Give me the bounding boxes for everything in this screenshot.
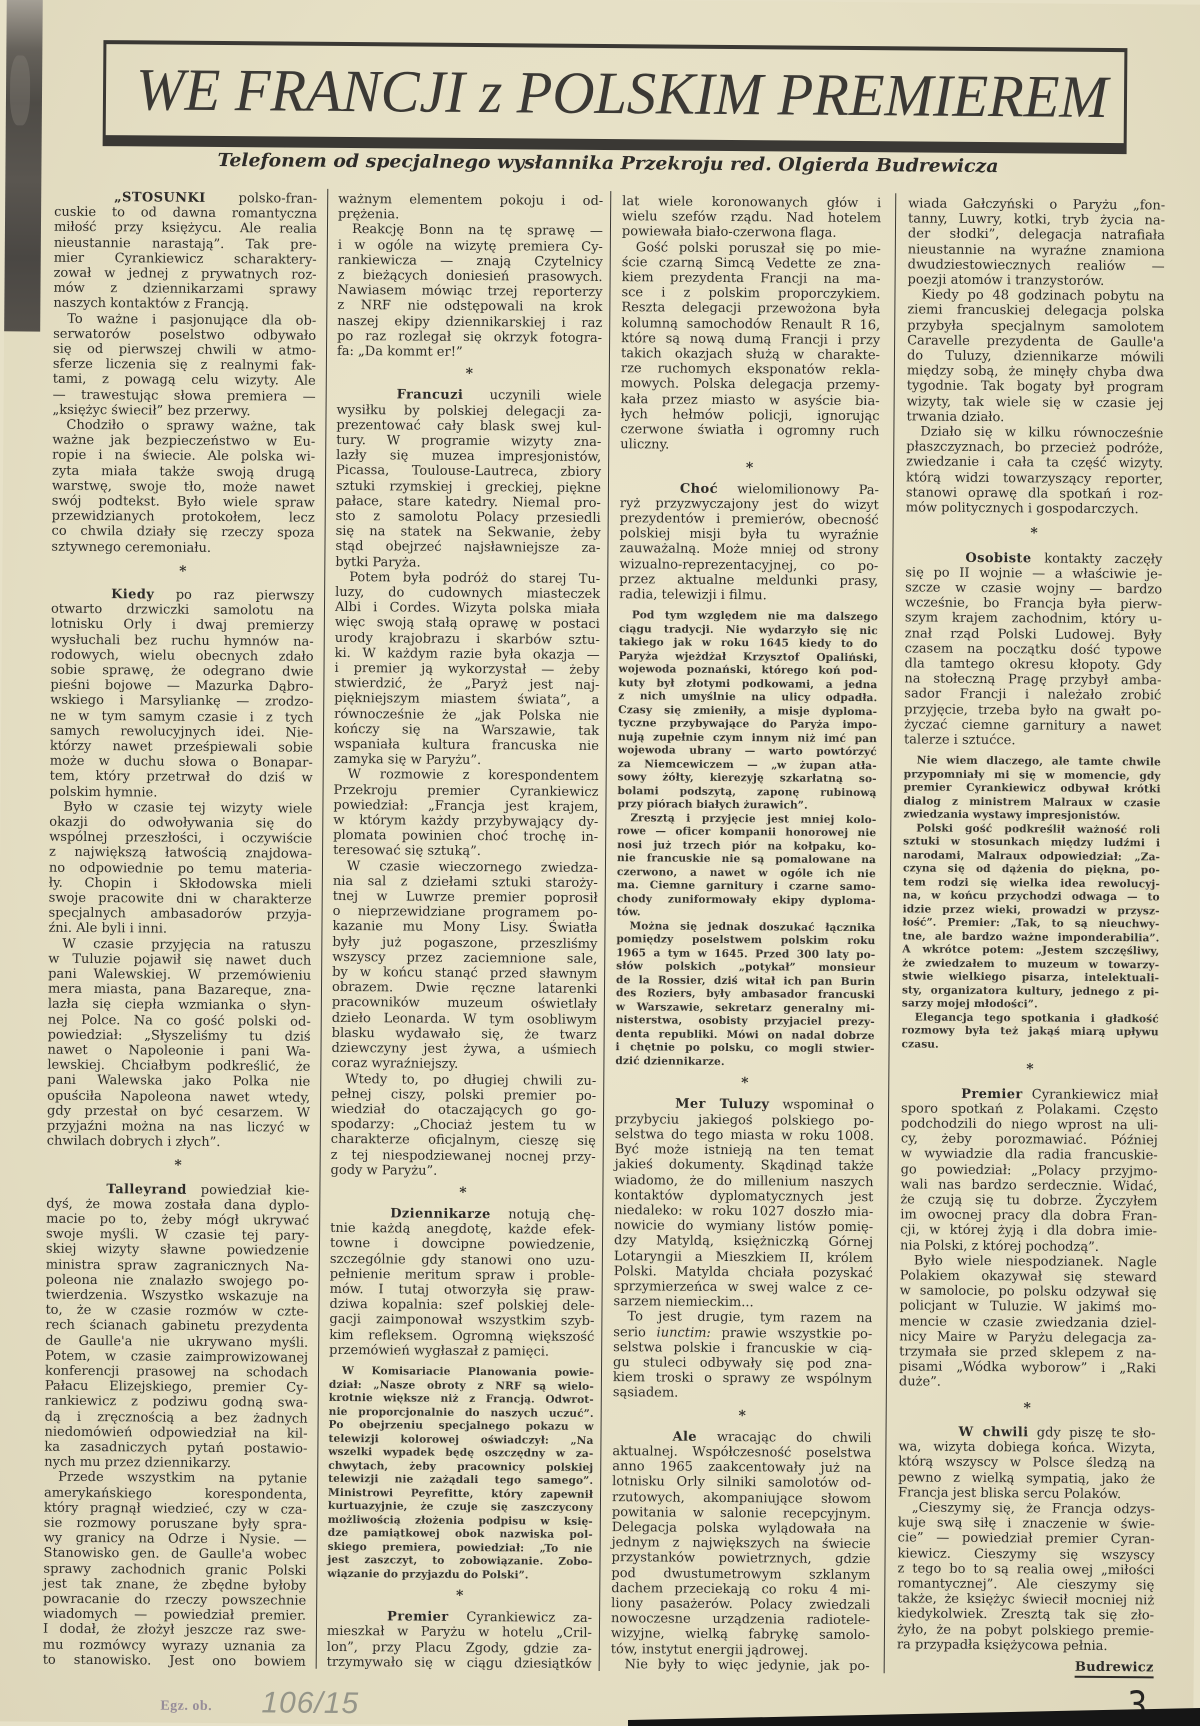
text-line: którą widzi towarzyszący reporter, [906,470,1163,487]
lead-word: Premier [961,1086,1023,1101]
text-line: kolumną samochodów Renault R 16, [621,316,880,333]
lead-word: Mer Tuluzy [675,1097,769,1113]
section-lead-paragraph: Osobiste kontakty zaczęłysię po II wojni… [904,550,1163,750]
byline-subtitle: Telefonem od specjalnego wysłannika Prze… [217,150,998,177]
text-line: ne w tym samym czasie i z tych [50,708,313,725]
text-line: Wtedy to, po długiej chwili zu- [331,1071,596,1088]
section-lead-paragraph: Ale wracając do chwiliaktualnej. Współcz… [611,1429,872,1659]
text-line: kazanie mu Mony Lisy. Światła [332,919,597,936]
section-separator-star: * [899,1390,1156,1426]
paragraph: Gość polski poruszał się po mie-ście cza… [620,240,881,455]
text-line: Reszta delegacji przewożona była [621,301,880,318]
italic-term: iunctim: [657,1325,711,1340]
text-line: lotnisku Orly silniki samolotów od- [612,1474,871,1491]
text-line: wskiego i Marsyliankę — zrodzo- [50,693,313,710]
line-text: prawie wszystkie po- [711,1325,873,1341]
text-line: Lotaryngii a Mieszkiem II, królem [614,1249,873,1266]
paragraph: Reakcję Bonn na tę sprawę —i w ogóle na … [337,222,603,361]
line-text: powiedział kie- [187,1182,310,1198]
text-line: żyło, że na pobyt polskiego premie- [897,1622,1154,1639]
lead-word: „STOSUNKI [114,190,206,206]
section-lead-paragraph: Choć wielomilionowy Pa-ryż przyzwyczajon… [619,481,879,605]
text-line: Stanowisko gen. de Gaulle'a wobec [43,1546,306,1563]
column-divider [883,193,896,1673]
text-line: Gość polski poruszał się po mie- [622,240,881,257]
text-line: sprawy zachodnich granic Polski [43,1561,306,1578]
text-line: policjant w Tuluzie. W jakimś mo- [899,1299,1156,1316]
text-line: przemówień wygłaszał z pamięci. [329,1343,594,1360]
lead-word: Choć [680,481,718,496]
text-line: z tej niespodziewanej nocnej przy- [331,1147,596,1164]
text-line: I dodał, że złożył jeszcze raz swe- [43,1622,306,1639]
inset-note-paragraph: Zresztą i przyjęcie jest mniej kolo-rowe… [617,812,877,922]
text-line: wiadomo, że do millenium naszych [614,1173,873,1190]
text-line: cji, w której żyją i dla dobra imie- [900,1223,1157,1240]
lead-word: Premier [387,1610,449,1625]
text-line: miłość przy księżycu. Ale realia [54,220,317,237]
inset-note-paragraph: Elegancja tego spotkania i gładkośćrozmo… [902,1011,1159,1054]
text-line: wizyty, tak wiele się w czasie jej [907,394,1164,411]
line-text: wracając do chwili [697,1430,872,1446]
lead-word: Dziennikarze [390,1206,491,1222]
paragraph: To jest drugie, tym razem naserio iuncti… [613,1309,873,1402]
text-line: towne i dowcipne powiedzenie, [330,1236,595,1253]
handwritten-note: 106/15 [261,1687,359,1720]
line-text: notują chę- [491,1207,596,1223]
text-line: wysłuchali bez ruchu hymnów na- [51,632,314,649]
section-separator-star: * [337,359,602,389]
text-line: przystanków powietrznych, gdzie [611,1550,870,1567]
author-signature: Budrewicz [897,1658,1154,1676]
text-line: charakterze oficjalnym, cieszę się [331,1132,596,1149]
text-line: tem, który przetrwał do dziś w [50,769,313,786]
text-line: der słodki”, delegacja natrafiała [908,227,1165,244]
section-separator-star: * [327,1581,592,1611]
text-line: przyjęcie, trzeba było na gwałt po- [904,702,1161,719]
lead-word: Osobiste [965,550,1031,566]
paragraph: Przede wszystkim na pytanieamerykańskieg… [43,1470,308,1670]
paragraph: Było wiele niespodzianek. NaglePolakiem … [899,1253,1157,1392]
line-text: serio [613,1325,656,1340]
text-line: dzy Matyldą, księżniczką Górnej [614,1233,873,1250]
text-line: z NRF nie odstępowali na krok [337,298,602,315]
text-line: nieustannie narastają”. Tak pre- [54,235,317,252]
section-lead-paragraph: Mer Tuluzy wspominał oprzybyciu jakiegoś… [613,1097,874,1312]
line-text: wielomilionowy Pa- [718,482,879,498]
section-separator-star: * [613,1401,872,1431]
paragraph: Działo się w kilku równocześniepłaszczyz… [906,424,1164,517]
text-line: ra przypadła księżycowa pełnia. [897,1637,1154,1654]
line-text: polsko-fran- [206,191,318,207]
section-lead-paragraph: Dziennikarze notują chę-tnie każdą anegd… [329,1206,595,1360]
article-column-2: ważnym elementem pokoju i od-prężenia.Re… [327,192,604,1672]
text-line: chody zuniformowały ekipy dyploma- [617,893,876,909]
text-line: pod dwustumetrowym szklanym [611,1566,870,1583]
text-line: znał rząd Polski Ludowej. Były [905,626,1162,643]
line-text: Cyrankiewicz miał [1023,1087,1159,1103]
section-lead-paragraph: Francuzi uczynili wielewysiłku by polski… [335,387,601,572]
text-line: przybyła specjalnym samolotem [907,318,1164,335]
text-line: więc swoją stałą oprawę w postaci [335,615,600,632]
text-line: Nie były to więc jedynie, jak po- [611,1657,870,1674]
lead-word: Ale [672,1429,697,1444]
section-lead-paragraph: Premier Cyrankiewicz miałsporo spotkań z… [900,1086,1158,1255]
text-line: trzymywało się w ciągu dziesiątków [327,1655,592,1672]
text-line: zauważalną. Może mniej od strony [619,542,878,559]
paragraph: W czasie wieczornego zwiedza-nia sal z d… [331,859,598,1074]
paragraph: Było w czasie tej wizyty wieleokazji do … [48,799,312,938]
article-column-3: lat wiele koronowanych głów iwielu szefó… [611,194,882,1674]
article-column-4: wiada Gałczyński o Paryżu „fon-tanny, Lu… [897,196,1166,1676]
paragraph: W czasie przyjęcia na ratuszuw Tuluzie p… [47,936,312,1151]
text-line: zwiedzanie i cała ta część wizyty. [906,455,1163,472]
text-line: rech ścianach gabinetu prezydenta [45,1318,308,1335]
line-text: Cyrankiewicz za- [449,1610,593,1626]
text-line: radia, telewizji i filmu. [619,587,878,604]
lead-word: Talleyrand [106,1182,186,1198]
text-line: W czasie przyjęcia na ratuszu [48,936,311,953]
text-line: go powiedział: „Polacy przyjmo- [901,1162,1158,1179]
text-line: mieszkał w Paryżu w hotelu „Cril- [327,1624,592,1641]
text-line: Przede wszystkim na pytanie [44,1470,307,1487]
text-line: lon”, przy Placu Zgody, gdzie za- [327,1639,592,1656]
paragraph: To ważne i pasjonujące dla ob-serwatorów… [52,311,316,419]
text-line: kiewicz. Cieszymy się wszyscy [898,1546,1155,1563]
text-line: skiej wizyty sławne powiedzenie [46,1242,309,1259]
text-line: tami, z powagą celu wizyty. Ale [53,372,316,389]
text-line: szym krajem zachodnim, który u- [905,611,1162,628]
text-line: którą wszyscy w Polsce śledzą na [898,1455,1155,1472]
line-text: wspominał o [769,1098,874,1114]
newspaper-page: WE FRANCJI z POLSKIM PREMIEREM Telefonem… [0,0,1200,1726]
text-line: rzutowych, akompaniujące słowom [612,1490,871,1507]
text-line: w wywiadzie dla radia francuskie- [901,1147,1158,1164]
line-text: gdy piszę te sło- [1028,1425,1155,1441]
text-line: Reakcję Bonn na tę sprawę — [338,222,603,239]
text-line: gacji zaimponował wszystkim szyb- [329,1312,594,1329]
inset-note-paragraph: Można się jednak doszukać łącznikapomięd… [615,920,875,1071]
lead-word: Kiedy [111,587,154,602]
headline: WE FRANCJI z POLSKIM PREMIEREM [136,56,1111,130]
page-number: 3 [1127,1686,1147,1724]
text-line: pani Walewska jako Polka nie [47,1073,310,1090]
text-line: W rozmowie z korespondentem [334,767,599,784]
text-line: to stanowisko. Jest ono bowiem [43,1652,306,1669]
paragraph: Wtedy to, po długiej chwili zu-pełnej ci… [331,1071,597,1179]
text-line: pewno z wielką sympatią, jako że [898,1470,1155,1487]
paragraph: Nie były to więc jedynie, jak po- [611,1657,870,1674]
paragraph: W rozmowie z korespondentemPrzekroju pre… [333,767,599,860]
section-separator-star: * [905,516,1162,552]
text-line: ropie i na świecie. Ale polska wi- [52,448,315,465]
line-text: kontakty zaczęły [1031,551,1162,567]
text-line: mu rozmówcy wyrazy uznania za [43,1637,306,1654]
text-line: kiedykolwiek. Zresztą tak się zło- [897,1607,1154,1624]
text-line: de Gaulle'a nie ukrywano myśli. [45,1333,308,1350]
text-line: piękniejszym miastem świata”, a [334,691,599,708]
section-separator-star: * [620,453,879,483]
text-line: co chwila działy się rzeczy spoza [52,524,315,541]
inset-note-paragraph: Polski gość podkreślił ważność rolisztuk… [902,822,1160,1013]
text-line: dą i zręcznością a bez żadnych [45,1409,308,1426]
text-line: urody krajobrazu i skarbów sztu- [335,631,600,648]
text-line: talerze i sztućce. [904,732,1161,749]
library-stamp: Egz. ob. [160,1699,212,1715]
section-separator-star: * [51,555,314,589]
text-line: nieustannie na wyraźne znamiona [908,242,1165,259]
text-line: lotnisku Orly i dwaj premierzy [51,617,314,634]
section-lead-paragraph: Talleyrand powiedział kie-dyś, że mowa z… [44,1181,309,1472]
paragraph: „Cieszymy się, że Francja odzys-kuje swą… [897,1500,1155,1654]
text-line: wizyjne, wielką fabrykę samolo- [611,1627,870,1644]
text-line: amerykańskiego korespondenta, [44,1485,307,1502]
section-lead-paragraph: „STOSUNKI polsko-fran-cuskie to od dawna… [53,190,317,314]
section-separator-star: * [615,1068,874,1098]
text-line: ministra spraw zagranicznych Na- [46,1257,309,1274]
text-line: ziemi francuskiej delegacja polska [907,303,1164,320]
signature-text: Budrewicz [1075,1660,1154,1679]
text-line: mencie w czasie zwiedzania dziel- [899,1314,1156,1331]
inset-note-paragraph: Nie wiem dlaczego, ale tamte chwileprzyp… [903,755,1161,825]
section-lead-paragraph: Premier Cyrankiewicz za-mieszkał w Paryż… [327,1609,592,1672]
column-divider [315,189,328,1669]
inset-note-paragraph: Pod tym względem nie ma dalszegociągu tr… [617,609,878,814]
header: WE FRANCJI z POLSKIM PREMIEREM Telefonem… [5,0,1200,205]
section-separator-star: * [901,1052,1158,1088]
text-line: lazła się ciepła wzmianka o słyn- [48,997,311,1014]
paragraph: Chodziło o sprawy ważne, takważne jak be… [51,418,315,557]
text-line: no odpowiednie po temu materia- [49,860,312,877]
paragraph: ważnym elementem pokoju i od-prężenia. [338,192,603,224]
text-line: z największą łatwością znajdowa- [49,845,312,862]
text-line: sztuki rzymskiej i greckiej, piękne [336,478,601,495]
line-text: po raz pierwszy [154,587,314,603]
article-column-1: „STOSUNKI polsko-fran-cuskie to od dawna… [43,190,318,1670]
section-lead-paragraph: W chwili gdy piszę te sło-wa, wizyta dob… [898,1424,1156,1502]
text-line: mowych. Polska delegacja przemy- [621,377,880,394]
section-lead-paragraph: Kiedy po raz pierwszyotwarto drzwiczki s… [49,587,314,802]
section-separator-star: * [46,1149,309,1183]
text-line: serio iunctim: prawie wszystkie po- [613,1325,872,1342]
text-line: rankiewicz z podziwu godną swa- [45,1394,308,1411]
text-line: jakieś dokumenty. Skądinąd także [615,1157,874,1174]
text-line: wysiłku by polskiej delegacji za- [336,402,601,419]
text-line: cie” — powiedział premier Cyran- [898,1531,1155,1548]
paragraph: Potem była podróż do starej Tu-luzy, do … [334,570,601,770]
paragraph: Kiedy po 48 godzinach pobytu naziemi fra… [906,288,1164,427]
paragraph: lat wiele koronowanych głów iwielu szefó… [622,194,881,242]
text-line: pracowników muzeum oświetlały [332,995,597,1012]
text-line: Picassa, Toulouse-Lautreca, zbiory [336,463,601,480]
text-line: tygodnie. Tak bogaty był program [907,379,1164,396]
text-line: sador Francji i należało zrobić [904,687,1161,704]
line-text: uczynili wiele [463,388,601,404]
paragraph: wiada Gałczyński o Paryżu „fon-tanny, Lu… [908,196,1166,289]
lead-word: W chwili [958,1425,1028,1441]
inset-note-paragraph: W Komisariacie Planowania powie-dział: „… [327,1365,594,1583]
text-line: stąd obejrzeć najsławniejsze za- [335,539,600,556]
section-separator-star: * [330,1178,595,1208]
lead-word: Francuzi [397,388,464,404]
text-line: rozmowy była też jakąś miarą upływu [902,1025,1159,1041]
